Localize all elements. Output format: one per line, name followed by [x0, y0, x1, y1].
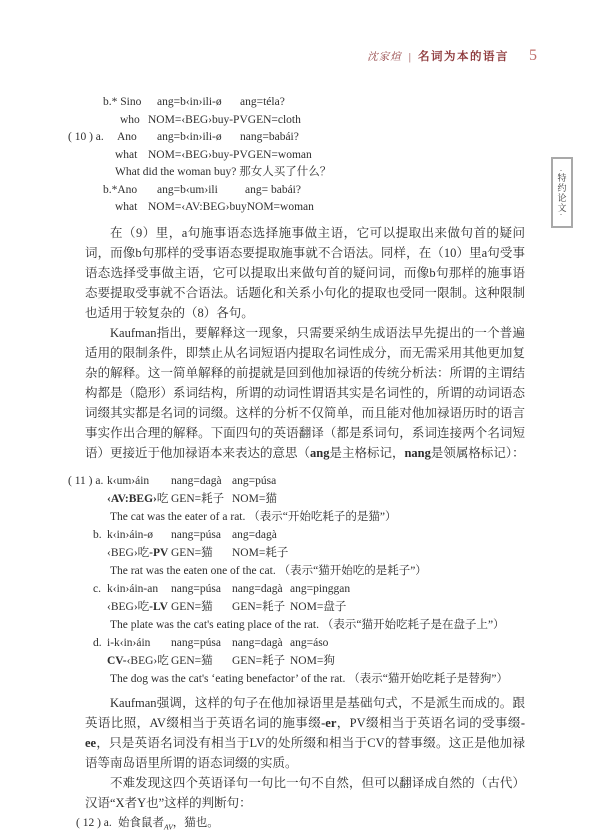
example-cell: ang=púsa — [232, 472, 276, 490]
example-cell: nang=dagà — [232, 634, 290, 652]
page-body: b.* Sinoang=b‹in›ili-øang=téla? whoNOM=‹… — [68, 94, 525, 832]
paragraph-text: 是领属格标记）： — [431, 446, 525, 460]
example-cell: ang=pinggan — [290, 580, 350, 598]
gloss-cell: GEN=猫 — [171, 598, 232, 616]
example-cell: ang=téla? — [240, 94, 285, 112]
gloss-cell: what — [115, 147, 148, 165]
example-block-9b-10: b.* Sinoang=b‹in›ili-øang=téla? whoNOM=‹… — [68, 94, 525, 217]
translation-row: The rat was the eaten one of the cat. （表… — [68, 562, 525, 580]
gloss-cell: what — [115, 199, 148, 217]
gloss-cell: CV-‹BEG›吃 — [107, 652, 171, 670]
gloss-cell: GEN=耗子 — [171, 490, 232, 508]
page-header: 沈家煊|名词为本的语言5 — [0, 47, 537, 65]
gloss-text: ‹BEG›吃 — [127, 655, 169, 667]
header-article-title: 名词为本的语言 — [418, 51, 509, 63]
paragraph-4: 不难发现这四个英语译句一句比一句不自然，但可以翻译成自然的（古代）汉语“X者Y也… — [85, 773, 525, 813]
example-row: ( 10 ) a.Anoang=b‹in›ili-ønang=babái? — [68, 129, 525, 147]
example-row: ( 11 ) a.k‹um›áinnang=dagàang=púsa — [68, 472, 525, 490]
example-cell: nang=babái? — [240, 129, 299, 147]
gloss-cell: NOM=耗子 — [232, 544, 288, 562]
example-letter-label: c. — [93, 580, 107, 598]
gloss-cell: GEN=猫 — [171, 652, 232, 670]
gloss-morpheme: ‹AV:BEG› — [107, 493, 157, 505]
example-cell: nang=dagà — [171, 472, 232, 490]
translation-text: What did the woman buy? 那女人买了什么？ — [115, 166, 331, 178]
example-row: c.k‹in›áin-annang=púsanang=dagàang=pingg… — [68, 580, 525, 598]
example-cell: ang=dagà — [232, 526, 277, 544]
gloss-text: ‹BEG›吃 — [107, 547, 149, 559]
gloss-cell: who — [120, 112, 148, 130]
gloss-row: ‹BEG›吃-PVGEN=猫NOM=耗子 — [68, 544, 525, 562]
example-row: b.k‹in›áin-ønang=púsaang=dagà — [68, 526, 525, 544]
example-cell: b.* Sino — [103, 94, 157, 112]
example-text: 始食鼠者 — [118, 817, 164, 829]
example-cell: nang=púsa — [171, 526, 232, 544]
gloss-cell: ‹AV:BEG›吃 — [107, 490, 171, 508]
translation-text: The rat was the eaten one of the cat. （表… — [110, 565, 427, 577]
gloss-cell: NOM=‹AV:BEG›buy — [148, 199, 247, 217]
gloss-cell: GEN=耗子 — [232, 598, 290, 616]
emphasis-ang: ang — [310, 446, 329, 460]
gloss-cell: NOM=盘子 — [290, 598, 346, 616]
gloss-row: ‹BEG›吃-LVGEN=猫GEN=耗子NOM=盘子 — [68, 598, 525, 616]
gloss-text: 吃 — [157, 493, 169, 505]
example-cell: nang=dagà — [232, 580, 290, 598]
gloss-row: whoNOM=‹BEG›buy-PVGEN=cloth — [68, 112, 525, 130]
gloss-cell: ‹BEG›吃-LV — [107, 598, 171, 616]
example-letter-label: d. — [93, 634, 107, 652]
example-cell: k‹in›áin-an — [107, 580, 171, 598]
section-side-tab-label: ·特约论文· — [556, 169, 569, 217]
paragraph-3: Kaufman强调，这样的句子在他加禄语里是基础句式，不是派生而成的。跟英语比照… — [85, 693, 525, 773]
example-cell: b.*Ano — [103, 182, 157, 200]
gloss-cell: NOM=狗 — [290, 652, 335, 670]
example-block-12: ( 12 ) a.始食鼠者AV，猫也。 — [68, 815, 525, 833]
gloss-cell: NOM=猫 — [232, 490, 277, 508]
gloss-row: CV-‹BEG›吃GEN=猫GEN=耗子NOM=狗 — [68, 652, 525, 670]
translation-row: What did the woman buy? 那女人买了什么？ — [68, 164, 525, 182]
translation-text: The plate was the cat's eating place of … — [110, 619, 505, 631]
document-page: 沈家煊|名词为本的语言5 ·特约论文· b.* Sinoang=b‹in›ili… — [0, 0, 601, 834]
gloss-text: ‹BEG›吃 — [107, 601, 149, 613]
example-row: d.i-k‹in›áinnang=púsanang=dagàang=áso — [68, 634, 525, 652]
paragraph-text: 在（9）里，a句施事语态选择施事做主语，它可以提取出来做句首的疑问词，而像b句那… — [85, 226, 525, 320]
gloss-cell: ‹BEG›吃-PV — [107, 544, 171, 562]
section-side-tab: ·特约论文· — [551, 157, 573, 228]
gloss-row: whatNOM=‹AV:BEG›buyNOM=woman — [68, 199, 525, 217]
example-cell: nang=púsa — [171, 634, 232, 652]
example-cell: ang=b‹in›ili-ø — [157, 94, 240, 112]
example-number-label: ( 11 ) a. — [68, 472, 107, 490]
gloss-morpheme: -PV — [149, 547, 168, 559]
gloss-row: ‹AV:BEG›吃GEN=耗子NOM=猫 — [68, 490, 525, 508]
example-cell: i-k‹in›áin — [107, 634, 171, 652]
translation-row: The dog was the cat's ‘eating benefactor… — [68, 670, 525, 688]
example-cell: k‹in›áin-ø — [107, 526, 171, 544]
example-cell: ang=b‹um›ili — [157, 182, 245, 200]
example-cell: ang=áso — [290, 634, 328, 652]
translation-row: The plate was the cat's eating place of … — [68, 616, 525, 634]
paragraph-2: Kaufman指出，要解释这一现象，只需要采纳生成语法早先提出的一个普遍适用的限… — [85, 323, 525, 463]
gloss-row: whatNOM=‹BEG›buy-PVGEN=woman — [68, 147, 525, 165]
paragraph-text: ，PV缀相当于英语名词的受事缀 — [336, 716, 520, 730]
gloss-cell: NOM=woman — [247, 199, 314, 217]
example-cell: nang=púsa — [171, 580, 232, 598]
gloss-cell: GEN=耗子 — [232, 652, 290, 670]
example-cell: ang=b‹in›ili-ø — [157, 129, 240, 147]
example-text: ，猫也。 — [173, 817, 219, 829]
paragraph-text: Kaufman指出，要解释这一现象，只需要采纳生成语法早先提出的一个普遍适用的限… — [85, 326, 525, 460]
gloss-morpheme: CV- — [107, 655, 127, 667]
paragraph-1: 在（9）里，a句施事语态选择施事做主语，它可以提取出来做句首的疑问词，而像b句那… — [85, 223, 525, 323]
translation-text: The dog was the cat's ‘eating benefactor… — [110, 673, 508, 685]
example-row: ( 12 ) a.始食鼠者AV，猫也。 — [68, 815, 525, 833]
gloss-morpheme: -LV — [149, 601, 168, 613]
translation-row: The cat was the eater of a rat. （表示“开始吃耗… — [68, 508, 525, 526]
example-number-label: ( 12 ) a. — [76, 815, 118, 833]
example-block-11: ( 11 ) a.k‹um›áinnang=dagàang=púsa ‹AV:B… — [68, 472, 525, 688]
gloss-cell: NOM=‹BEG›buy-PV — [148, 112, 248, 130]
gloss-cell: NOM=‹BEG›buy-PV — [148, 147, 248, 165]
example-cell: ang= babái? — [245, 182, 301, 200]
header-divider: | — [409, 51, 411, 63]
gloss-cell: GEN=woman — [248, 147, 312, 165]
voice-subscript: AV — [164, 822, 173, 831]
example-row: b.*Anoang=b‹um›iliang= babái? — [68, 182, 525, 200]
paragraph-text: 是主格标记， — [329, 446, 404, 460]
example-cell: k‹um›áin — [107, 472, 171, 490]
gloss-cell: GEN=猫 — [171, 544, 232, 562]
translation-text: The cat was the eater of a rat. （表示“开始吃耗… — [110, 511, 396, 523]
header-author: 沈家煊 — [367, 52, 402, 63]
emphasis-er-suffix: -er — [321, 716, 336, 730]
example-letter-label: b. — [93, 526, 107, 544]
page-number: 5 — [529, 47, 537, 64]
paragraph-text: ，只是英语名词没有相当于LV的处所缀和相当于CV的替事缀。这正是他加禄语等南岛语… — [85, 736, 525, 770]
example-number-label: ( 10 ) a. — [68, 129, 117, 147]
paragraph-text: 不难发现这四个英语译句一句比一句不自然，但可以翻译成自然的（古代）汉语“X者Y也… — [85, 776, 525, 810]
gloss-cell: GEN=cloth — [248, 112, 301, 130]
example-row: b.* Sinoang=b‹in›ili-øang=téla? — [68, 94, 525, 112]
emphasis-nang: nang — [404, 446, 430, 460]
example-cell: Ano — [117, 129, 157, 147]
